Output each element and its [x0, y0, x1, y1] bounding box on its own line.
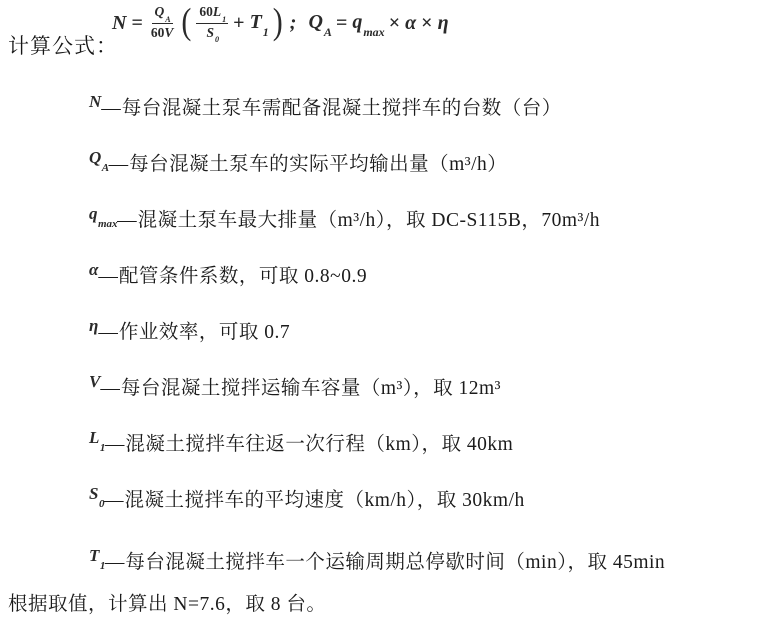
conclusion-text: 根据取值，计算出 N=7.6，取 8 台。 — [0, 592, 760, 618]
definition-text: 作业效率，可取 0.7 — [119, 322, 290, 343]
equals-sign: = — [336, 12, 347, 35]
definition-row-l1: L1—混凝土搅拌车往返一次行程（km），取 40km — [89, 432, 760, 458]
em-dash: — — [98, 322, 118, 343]
definition-row-n: N—每台混凝土泵车需配备混凝土搅拌车的台数（台） — [89, 96, 760, 122]
formula-lhs-n: N — [112, 12, 126, 35]
symbol-v: V — [89, 372, 100, 391]
fraction-numerator: 60L1 — [196, 4, 228, 24]
definition-text: 混凝土搅拌车往返一次行程（km），取 40km — [125, 434, 513, 455]
definition-text: 混凝土泵车最大排量（m³/h），取 DC-S115B，70m³/h — [138, 210, 600, 231]
definition-text: 每台混凝土泵车的实际平均输出量（m³/h） — [129, 154, 507, 175]
definition-list: N—每台混凝土泵车需配备混凝土搅拌车的台数（台） QA—每台混凝土泵车的实际平均… — [0, 96, 760, 576]
em-dash: — — [105, 434, 125, 455]
definition-text: 每台混凝土搅拌车一个运输周期总停歇时间（min），取 45min — [125, 552, 665, 573]
equals-sign: = — [131, 12, 142, 35]
multiply-sign: × — [389, 12, 400, 35]
formula-label: 计算公式： — [8, 30, 118, 60]
definition-row-eta: η—作业效率，可取 0.7 — [89, 320, 760, 346]
definition-row-t1: T1—每台混凝土搅拌车一个运输周期总停歇时间（min），取 45min — [89, 550, 760, 576]
fraction-denominator: 60V — [148, 24, 177, 42]
fraction-qa-over-60v: QA 60V — [148, 4, 177, 42]
em-dash: — — [117, 210, 137, 231]
em-dash: — — [100, 378, 120, 399]
symbol-l1: L1 — [89, 428, 105, 447]
em-dash: — — [104, 490, 124, 511]
fraction-numerator: QA — [152, 4, 173, 24]
em-dash: — — [109, 154, 129, 175]
fraction-60l1-over-s0: 60L1 S0 — [196, 4, 228, 43]
em-dash: — — [101, 98, 121, 119]
multiply-sign: × — [421, 12, 432, 35]
symbol-s0: S0 — [89, 484, 104, 503]
close-paren: ) — [273, 4, 283, 42]
definition-text: 每台混凝土泵车需配备混凝土搅拌车的台数（台） — [122, 98, 562, 119]
fraction-denominator: S0 — [203, 24, 221, 43]
symbol-eta: η — [438, 12, 449, 35]
formula: N = QA 60V ( 60L1 S0 + T1 ) ; QA = qmax … — [112, 4, 449, 43]
definition-row-v: V—每台混凝土搅拌运输车容量（m³），取 12m³ — [89, 376, 760, 402]
symbol-alpha: α — [89, 260, 98, 279]
em-dash: — — [98, 266, 118, 287]
document-page: 计算公式： N = QA 60V ( 60L1 S0 + T1 ) ; QA =… — [0, 0, 760, 621]
definition-row-s0: S0—混凝土搅拌车的平均速度（km/h），取 30km/h — [89, 488, 760, 514]
term-t1: T1 — [250, 11, 268, 35]
symbol-qmax: qmax — [352, 11, 383, 35]
symbol-qmax: qmax — [89, 204, 117, 223]
definition-row-qa: QA—每台混凝土泵车的实际平均输出量（m³/h） — [89, 152, 760, 178]
definition-row-alpha: α—配管条件系数，可取 0.8~0.9 — [89, 264, 760, 290]
symbol-eta: η — [89, 316, 98, 335]
definition-row-qmax: qmax—混凝土泵车最大排量（m³/h），取 DC-S115B，70m³/h — [89, 208, 760, 234]
symbol-qa: QA — [89, 148, 109, 167]
plus-sign: + — [233, 12, 244, 35]
symbol-n: N — [89, 92, 101, 111]
open-paren: ( — [181, 4, 191, 42]
definition-text: 混凝土搅拌车的平均速度（km/h），取 30km/h — [124, 490, 524, 511]
em-dash: — — [105, 552, 125, 573]
definition-text: 每台混凝土搅拌运输车容量（m³），取 12m³ — [121, 378, 501, 399]
symbol-t1: T1 — [89, 546, 105, 565]
symbol-alpha: α — [405, 12, 416, 35]
definition-text: 配管条件系数，可取 0.8~0.9 — [119, 266, 367, 287]
semicolon: ; — [290, 12, 297, 35]
formula-header: 计算公式： N = QA 60V ( 60L1 S0 + T1 ) ; QA =… — [0, 0, 760, 70]
symbol-qa: QA — [308, 11, 330, 35]
